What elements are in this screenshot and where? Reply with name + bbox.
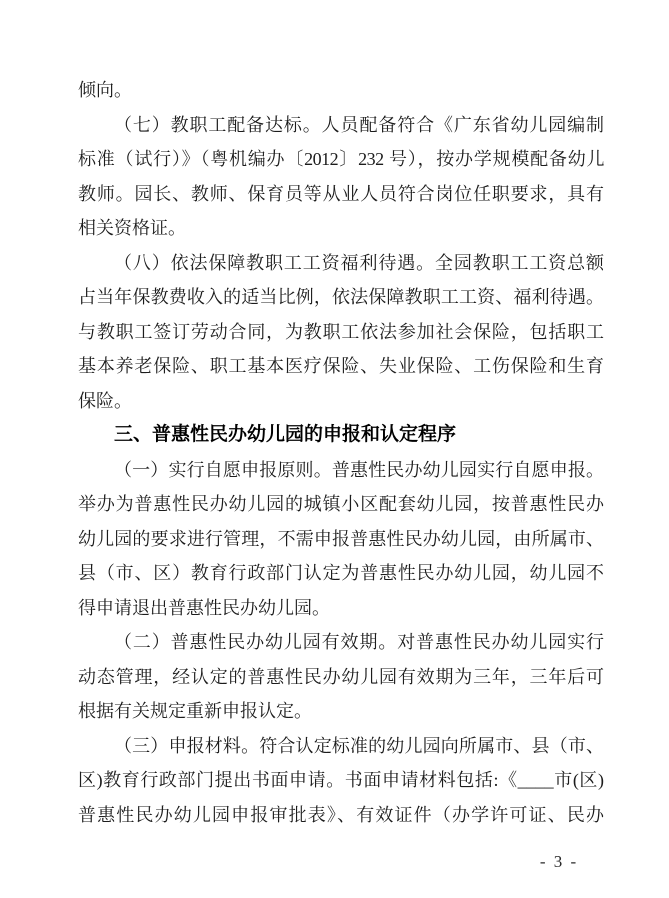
text-line: （八）依法保障教职工工资福利待遇。全园教职工工资总额 (78, 246, 604, 281)
text-line: （一）实行自愿申报原则。普惠性民办幼儿园实行自愿申报。 (78, 453, 604, 488)
document-page: 倾向。 （七）教职工配备达标。人员配备符合《广东省幼儿园编制 标准（试行）》（粤… (0, 0, 669, 898)
text-line: 保险。 (78, 384, 604, 419)
text-line: 县（市、区）教育行政部门认定为普惠性民办幼儿园，幼儿园不 (78, 556, 604, 591)
text-line: 相关资格证。 (78, 211, 604, 246)
text-line: （三）申报材料。符合认定标准的幼儿园向所属市、县（市、 (78, 729, 604, 764)
document-body: 倾向。 （七）教职工配备达标。人员配备符合《广东省幼儿园编制 标准（试行）》（粤… (78, 73, 604, 832)
page-number: - 3 - (524, 852, 594, 872)
text-line: 基本养老保险、职工基本医疗保险、失业保险、工伤保险和生育 (78, 349, 604, 384)
text-line: 举办为普惠性民办幼儿园的城镇小区配套幼儿园，按普惠性民办 (78, 487, 604, 522)
text-line: 动态管理，经认定的普惠性民办幼儿园有效期为三年，三年后可 (78, 660, 604, 695)
text-line: （二）普惠性民办幼儿园有效期。对普惠性民办幼儿园实行 (78, 625, 604, 660)
text-line: （七）教职工配备达标。人员配备符合《广东省幼儿园编制 (78, 108, 604, 143)
text-line: 普惠性民办幼儿园申报审批表》、有效证件（办学许可证、民办 (78, 798, 604, 833)
text-line: 标准（试行）》（粤机编办〔2012〕232 号），按办学规模配备幼儿 (78, 142, 604, 177)
text-line: 倾向。 (78, 73, 604, 108)
text-line: 占当年保教费收入的适当比例，依法保障教职工工资、福利待遇。 (78, 280, 604, 315)
section-heading: 三、普惠性民办幼儿园的申报和认定程序 (78, 418, 604, 453)
text-line: 幼儿园的要求进行管理，不需申报普惠性民办幼儿园，由所属市、 (78, 522, 604, 557)
text-line: 根据有关规定重新申报认定。 (78, 694, 604, 729)
text-line: 与教职工签订劳动合同，为教职工依法参加社会保险，包括职工 (78, 315, 604, 350)
text-line: 区)教育行政部门提出书面申请。书面申请材料包括:《____市(区) (78, 763, 604, 798)
text-line: 教师。园长、教师、保育员等从业人员符合岗位任职要求，具有 (78, 177, 604, 212)
text-line: 得申请退出普惠性民办幼儿园。 (78, 591, 604, 626)
